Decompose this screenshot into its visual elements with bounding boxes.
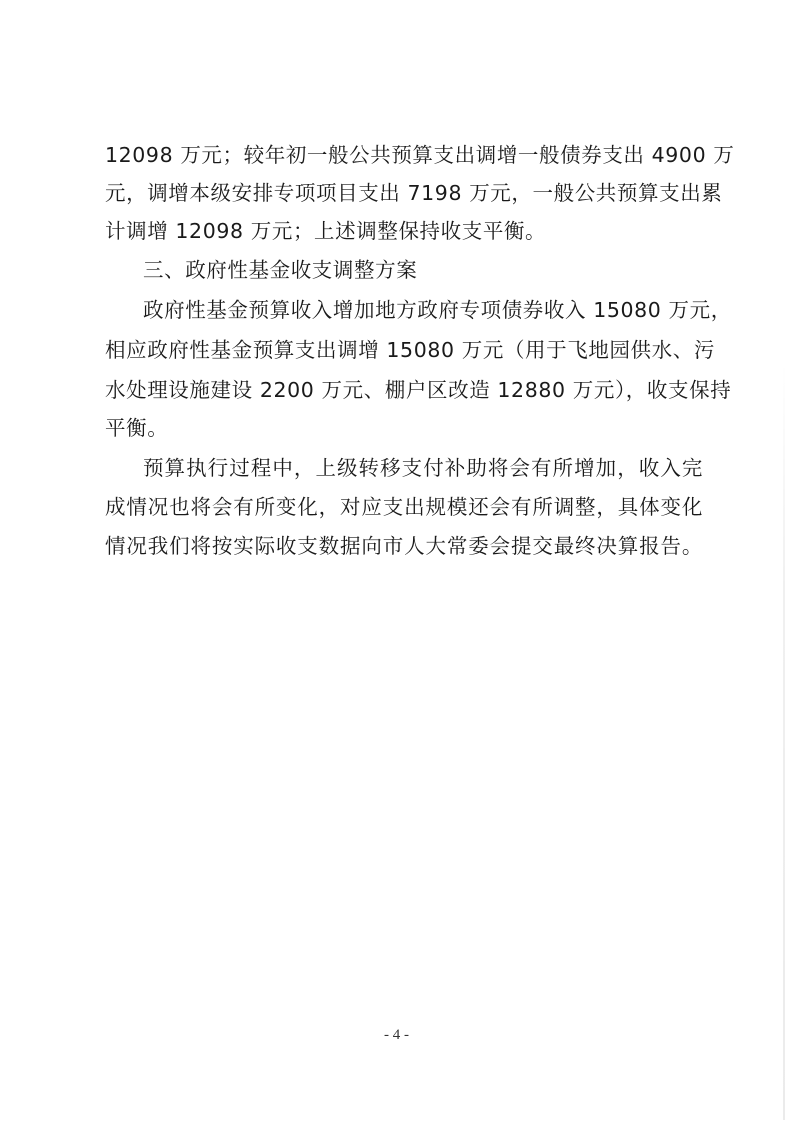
page-number: - 4 - bbox=[0, 1027, 793, 1044]
paragraph-line: 元，调增本级安排专项项目支出 7198 万元，一般公共预算支出累 bbox=[105, 174, 703, 212]
paragraph-line: 政府性基金预算收入增加地方政府专项债券收入 15080 万元， bbox=[143, 291, 703, 329]
paragraph-line: 12098 万元；较年初一般公共预算支出调增一般债券支出 4900 万 bbox=[105, 136, 703, 174]
paragraph-line: 计调增 12098 万元；上述调整保持收支平衡。 bbox=[105, 212, 546, 250]
paragraph-line: 平衡。 bbox=[105, 409, 168, 447]
paragraph-line: 相应政府性基金预算支出调增 15080 万元（用于飞地园供水、污 bbox=[105, 331, 703, 369]
paragraph-line: 水处理设施建设 2200 万元、棚户区改造 12880 万元），收支保持 bbox=[105, 371, 703, 409]
paragraph-line: 预算执行过程中，上级转移支付补助将会有所增加，收入完 bbox=[143, 449, 703, 487]
scan-edge-shadow bbox=[783, 360, 785, 1120]
paragraph-line: 成情况也将会有所变化，对应支出规模还会有所调整，具体变化 bbox=[105, 488, 703, 526]
section-heading: 三、政府性基金收支调整方案 bbox=[143, 251, 417, 289]
paragraph-line: 情况我们将按实际收支数据向市人大常委会提交最终决算报告。 bbox=[105, 527, 703, 565]
document-page: 12098 万元；较年初一般公共预算支出调增一般债券支出 4900 万 元，调增… bbox=[0, 0, 793, 1121]
